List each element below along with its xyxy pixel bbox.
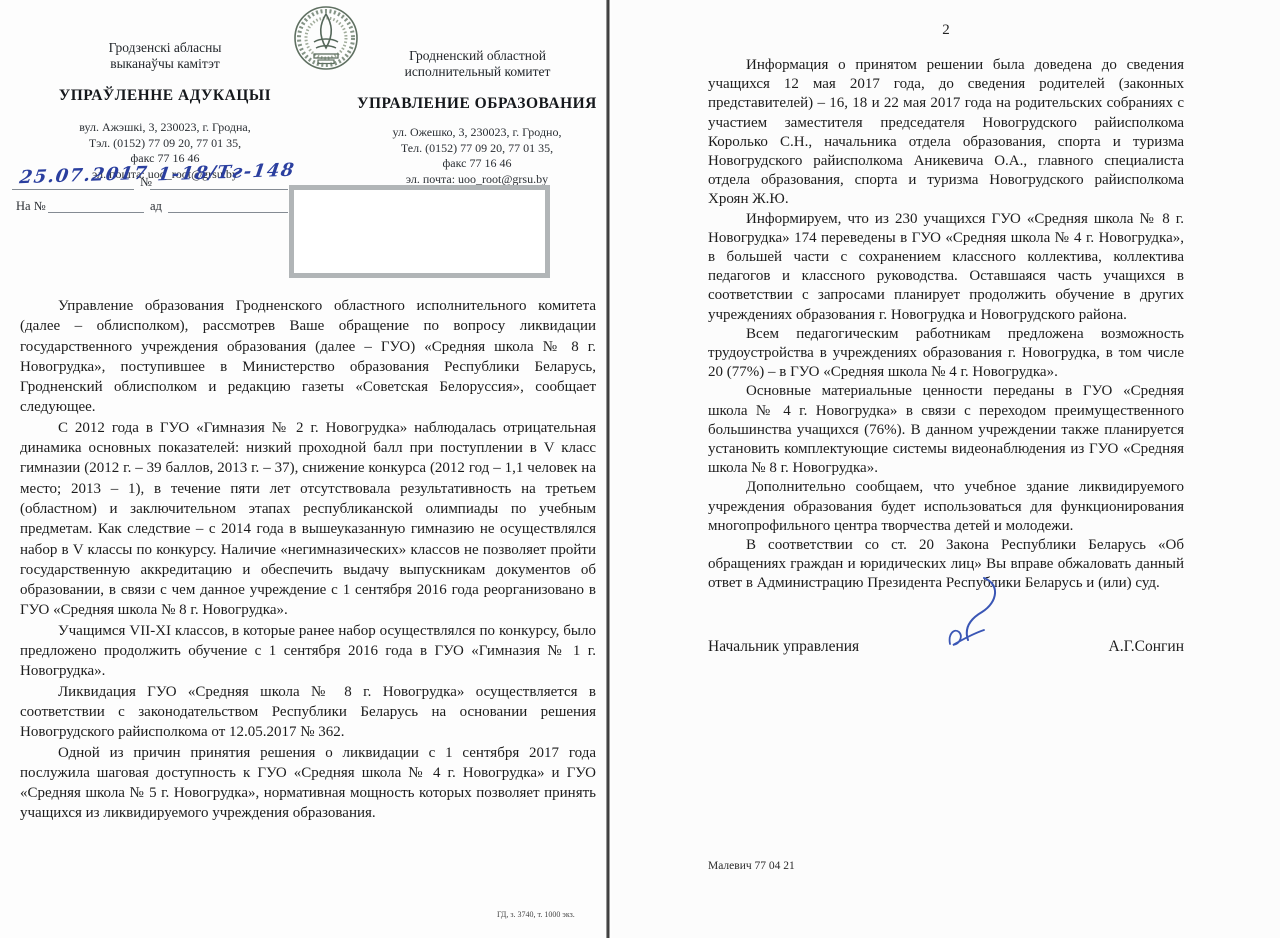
- address-line: факс 77 16 46: [352, 156, 602, 172]
- org-name-russian: Гродненский областной исполнительный ком…: [360, 48, 595, 80]
- handwritten-date: 25.07.2017: [18, 163, 149, 188]
- address-line: Тэл. (0152) 77 09 20, 77 01 35,: [35, 136, 295, 152]
- address-line: Тел. (0152) 77 09 20, 77 01 35,: [352, 141, 602, 157]
- page-divider-line: [606, 0, 610, 938]
- paragraph: Одной из причин принятия решения о ликви…: [20, 743, 596, 824]
- address-block-russian: ул. Ожешко, 3, 230023, г. Гродно, Тел. (…: [352, 125, 602, 187]
- paragraph: Ликвидация ГУО «Средняя школа № 8 г. Нов…: [20, 682, 596, 743]
- org-line: исполнительный комитет: [360, 64, 595, 80]
- signature-row: Начальник управления А.Г.Сонгин: [708, 616, 1184, 656]
- paragraph: Информация о принятом решении была довед…: [708, 56, 1184, 210]
- page-1-body-text: Управление образования Гродненского обла…: [20, 296, 596, 824]
- handwritten-signature-icon: [888, 574, 1038, 661]
- redaction-box: [289, 185, 550, 278]
- scanned-letter-spread: Гродзенскі абласны выканаўчы камітэт Гро…: [0, 0, 1280, 938]
- paragraph: Основные материальные ценности переданы …: [708, 382, 1184, 478]
- paragraph: Управление образования Гродненского обла…: [20, 296, 596, 418]
- org-line: Гродненский областной: [360, 48, 595, 64]
- number-sign-label: №: [140, 175, 152, 190]
- reply-date-underline: [168, 212, 288, 213]
- paragraph: Всем педагогическим работникам предложен…: [708, 325, 1184, 383]
- letter-page-2: 2 Информация о принятом решении была дов…: [612, 0, 1280, 938]
- reply-number-underline: [48, 212, 144, 213]
- number-underline: [150, 189, 288, 190]
- paragraph: С 2012 года в ГУО «Гимназия № 2 г. Новог…: [20, 418, 596, 621]
- page-number: 2: [708, 22, 1184, 39]
- page-2-body-text: Информация о принятом решении была довед…: [708, 56, 1184, 656]
- paragraph: Учащимся VII-XI классов, в которые ранее…: [20, 621, 596, 682]
- belarus-coat-of-arms-icon: [292, 2, 360, 79]
- paragraph: Информируем, что из 230 учащихся ГУО «Ср…: [708, 210, 1184, 325]
- org-line: Гродзенскі абласны: [40, 40, 290, 56]
- date-underline: [12, 189, 134, 190]
- address-line: вул. Ажэшкі, 3, 230023, г. Гродна,: [35, 120, 295, 136]
- address-line: ул. Ожешко, 3, 230023, г. Гродно,: [352, 125, 602, 141]
- paragraph: Дополнительно сообщаем, что учебное здан…: [708, 478, 1184, 536]
- reply-to-number-label: На №: [16, 199, 46, 214]
- print-shop-note: ГД, з. 3740, т. 1000 экз.: [497, 910, 575, 919]
- reply-to-date-label: ад: [150, 199, 162, 214]
- org-name-belarusian: Гродзенскі абласны выканаўчы камітэт: [40, 40, 290, 72]
- signatory-position-title: Начальник управления: [708, 638, 859, 656]
- signatory-name: А.Г.Сонгин: [1109, 638, 1185, 656]
- department-name-russian: УПРАВЛЕНИЕ ОБРАЗОВАНИЯ: [352, 95, 602, 113]
- org-line: выканаўчы камітэт: [40, 56, 290, 72]
- executor-contact-note: Малевич 77 04 21: [708, 860, 795, 872]
- department-name-belarusian: УПРАЎЛЕННЕ АДУКАЦЫІ: [30, 87, 300, 105]
- letter-page-1: Гродзенскі абласны выканаўчы камітэт Гро…: [0, 0, 606, 938]
